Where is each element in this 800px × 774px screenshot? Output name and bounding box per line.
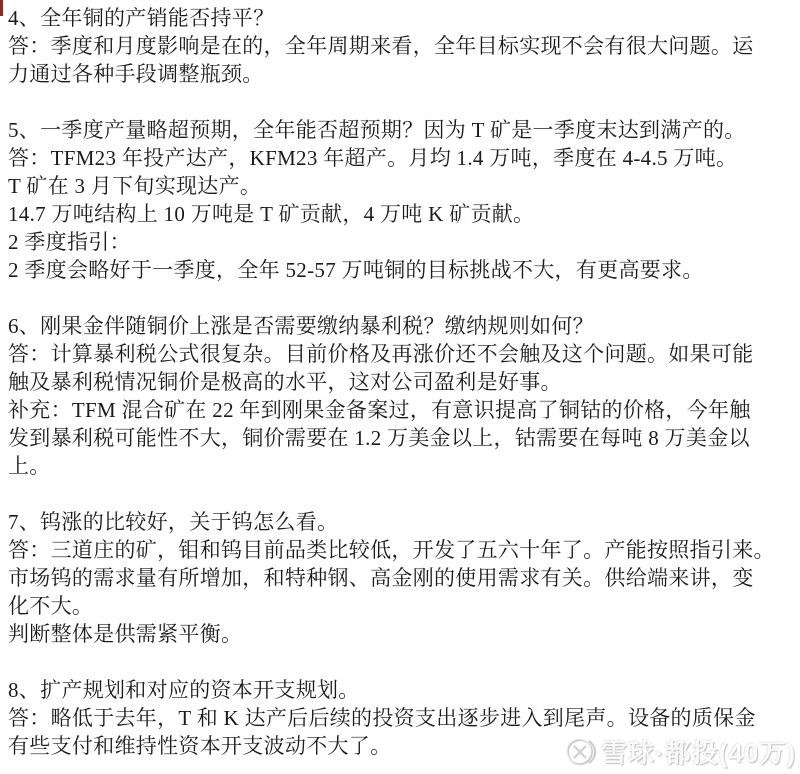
text-line: 答：TFM23 年投产达产，KFM23 年超产。月均 1.4 万吨，季度在 4-… — [8, 144, 796, 172]
qa-section-6: 6、刚果金伴随铜价上涨是否需要缴纳暴利税？缴纳规则如何？ 答：计算暴利税公式很复… — [8, 312, 796, 480]
document-page: 4、全年铜的产销能否持平？ 答：季度和月度影响是在的，全年周期来看，全年目标实现… — [8, 4, 796, 760]
text-line: 上。 — [8, 452, 796, 480]
qa-section-5: 5、一季度产量略超预期，全年能否超预期？因为 T 矿是一季度末达到满产的。 答：… — [8, 116, 796, 284]
text-line: 发到暴利税可能性不大，铜价需要在 1.2 万美金以上，钴需要在每吨 8 万美金以 — [8, 424, 796, 452]
text-line: 答：三道庄的矿，钼和钨目前品类比较低，开发了五六十年了。产能按照指引来。 — [8, 536, 796, 564]
text-line: 答：季度和月度影响是在的，全年周期来看，全年目标实现不会有很大问题。运 — [8, 32, 796, 60]
text-line: 6、刚果金伴随铜价上涨是否需要缴纳暴利税？缴纳规则如何？ — [8, 312, 796, 340]
qa-section-8: 8、扩产规划和对应的资本开支规划。 答：略低于去年，T 和 K 达产后后续的投资… — [8, 676, 796, 760]
text-line: 触及暴利税情况铜价是极高的水平，这对公司盈利是好事。 — [8, 368, 796, 396]
text-line: 2 季度指引： — [8, 228, 796, 256]
text-line: 8、扩产规划和对应的资本开支规划。 — [8, 676, 796, 704]
text-line: 14.7 万吨结构上 10 万吨是 T 矿贡献，4 万吨 K 矿贡献。 — [8, 200, 796, 228]
text-line: 补充：TFM 混合矿在 22 年到刚果金备案过，有意识提高了铜钴的价格，今年触 — [8, 396, 796, 424]
text-line: 判断整体是供需紧平衡。 — [8, 620, 796, 648]
text-line: T 矿在 3 月下旬实现达产。 — [8, 172, 796, 200]
text-line: 化不大。 — [8, 592, 796, 620]
text-line: 5、一季度产量略超预期，全年能否超预期？因为 T 矿是一季度末达到满产的。 — [8, 116, 796, 144]
text-line: 有些支付和维持性资本开支波动不大了。 — [8, 732, 796, 760]
qa-section-4: 4、全年铜的产销能否持平？ 答：季度和月度影响是在的，全年周期来看，全年目标实现… — [8, 4, 796, 88]
text-line: 7、钨涨的比较好，关于钨怎么看。 — [8, 508, 796, 536]
qa-section-7: 7、钨涨的比较好，关于钨怎么看。 答：三道庄的矿，钼和钨目前品类比较低，开发了五… — [8, 508, 796, 648]
text-line: 4、全年铜的产销能否持平？ — [8, 4, 796, 32]
text-line: 市场钨的需求量有所增加，和特种钢、高金刚的使用需求有关。供给端来讲，变 — [8, 564, 796, 592]
text-line: 答：计算暴利税公式很复杂。目前价格及再涨价还不会触及这个问题。如果可能 — [8, 340, 796, 368]
text-line: 2 季度会略好于一季度，全年 52-57 万吨铜的目标挑战不大，有更高要求。 — [8, 256, 796, 284]
text-line: 答：略低于去年，T 和 K 达产后后续的投资支出逐步进入到尾声。设备的质保金 — [8, 704, 796, 732]
margin-mark — [0, 0, 3, 16]
text-line: 力通过各种手段调整瓶颈。 — [8, 60, 796, 88]
